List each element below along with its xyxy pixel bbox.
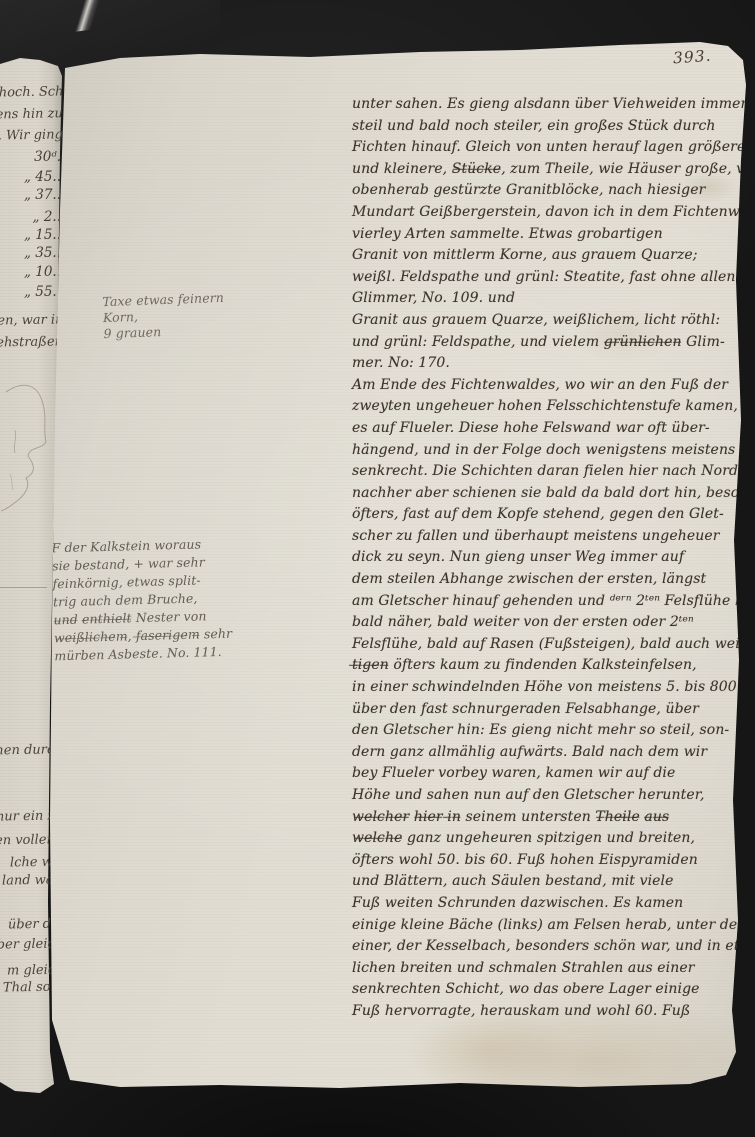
handwritten-line: nachher aber schienen sie bald da bald d…	[352, 483, 748, 505]
handwritten-line: Granit von mittlerm Korne, aus grauem Qu…	[352, 245, 748, 267]
handwritten-line: w̶e̶l̶c̶h̶e̶ ganz ungeheuren spitzigen u…	[352, 828, 748, 850]
handwritten-line: Mundart Geißbergerstein, davon ich in de…	[352, 202, 748, 224]
handwritten-line: senkrecht. Die Schichten daran fielen hi…	[352, 461, 748, 483]
faint-pencil-rule	[0, 587, 47, 588]
handwritten-line: und kleinere, S̶t̶ü̶c̶k̶e̶, zum Theile, …	[352, 159, 748, 181]
handwritten-line: dem steilen Abhange zwischen der ersten,…	[352, 569, 748, 591]
handwritten-line: t̶i̶g̶e̶n̶ öfters kaum zu findenden Kalk…	[352, 655, 748, 677]
handwritten-line: einige kleine Bäche (links) am Felsen he…	[352, 915, 748, 937]
handwritten-line: unter sahen. Es gieng alsdann über Viehw…	[352, 94, 748, 116]
handwritten-line: Felsflühe, bald auf Rasen (Fußsteigen), …	[352, 634, 748, 656]
margin-note-pencil: Taxe etwas feinernKorn,9 grauen	[102, 290, 225, 342]
handwritten-line: Höhe und sahen nun auf den Gletscher her…	[352, 785, 748, 807]
handwritten-line: über den fast schnurgeraden Felsabhange,…	[352, 699, 748, 721]
handwritten-line: Am Ende des Fichtenwaldes, wo wir an den…	[352, 375, 748, 397]
handwritten-line: mer. No: 170.	[352, 353, 748, 375]
handwritten-line: hängend, und in der Folge doch wenigsten…	[352, 440, 748, 462]
handwritten-line: bald näher, bald weiter von der ersten o…	[352, 612, 748, 634]
number-fragment: „ 45..	[24, 170, 61, 184]
handwritten-line: öfters wohl 50. bis 60. Fuß hohen Eispyr…	[352, 850, 748, 872]
manuscript-page: 393. unter sahen. Es gieng alsdann über …	[45, 40, 750, 1092]
number-fragment: 30ᵈ.	[34, 150, 61, 164]
handwritten-line: Granit aus grauem Quarze, weißlichem, li…	[352, 310, 748, 332]
handwritten-line: lichen breiten und schmalen Strahlen aus…	[352, 958, 748, 980]
number-fragment: „ 35..	[24, 246, 61, 260]
handwritten-line: dern ganz allmählig aufwärts. Bald nach …	[352, 742, 748, 764]
handwritten-line: und grünl: Feldspathe, und vielem g̶r̶ü̶…	[352, 332, 748, 354]
number-fragment: „ 55..	[24, 285, 61, 299]
number-fragment: „ 37..	[24, 188, 61, 202]
handwritten-line: Fuß hervorragte, herauskam und wohl 60. …	[352, 1001, 748, 1023]
margin-note-asbest: F der Kalkstein woraussie bestand, + war…	[51, 535, 232, 666]
scan-background: { "colors": { "background": "#161616", "…	[0, 0, 755, 1137]
handwritten-line: obenherab gestürzte Granitblöcke, nach h…	[352, 180, 748, 202]
handwritten-line: am Gletscher hinauf gehenden und ᵈᵉʳⁿ 2ᵗ…	[352, 591, 748, 613]
handwritten-line: und Blättern, auch Säulen bestand, mit v…	[352, 871, 748, 893]
handwritten-line: Fuß weiten Schrunden dazwischen. Es kame…	[352, 893, 748, 915]
handwritten-line: Glimmer, No. 109. und	[352, 288, 748, 310]
handwritten-line: senkrechten Schicht, wo das obere Lager …	[352, 979, 748, 1001]
page-number: 393.	[672, 47, 712, 68]
handwritten-line: weißl. Feldspathe und grünl: Steatite, f…	[352, 267, 748, 289]
main-text-block: unter sahen. Es gieng alsdann über Viehw…	[352, 94, 748, 1023]
handwritten-line: w̶e̶l̶c̶h̶e̶r̶ h̶i̶e̶r̶ i̶n̶ seinem unte…	[352, 807, 748, 829]
handwritten-line: in einer schwindelnden Höhe von meistens…	[352, 677, 748, 699]
handwritten-line: steil und bald noch steiler, ein großes …	[352, 116, 748, 138]
handwritten-line: scher zu fallen und überhaupt meistens u…	[352, 526, 748, 548]
handwritten-line: dick zu seyn. Nun gieng unser Weg immer …	[352, 547, 748, 569]
handwritten-line: bey Flueler vorbey waren, kamen wir auf …	[352, 763, 748, 785]
handwritten-line: öfters, fast auf dem Kopfe stehend, gege…	[352, 504, 748, 526]
handwritten-line: einer, der Kesselbach, besonders schön w…	[352, 936, 748, 958]
number-fragment: „ 15..	[24, 228, 61, 242]
handwritten-line: vierley Arten sammelte. Etwas grobartige…	[352, 224, 748, 246]
handwritten-line: Fichten hinauf. Gleich von unten herauf …	[352, 137, 748, 159]
handwritten-line: zweyten ungeheuer hohen Felsschichtenstu…	[352, 396, 748, 418]
number-fragment: „ 10..	[24, 265, 61, 279]
number-fragment: „ 2..	[33, 210, 61, 224]
handwritten-line: es auf Flueler. Diese hohe Felswand war …	[352, 418, 748, 440]
handwritten-line: den Gletscher hin: Es gieng nicht mehr s…	[352, 720, 748, 742]
